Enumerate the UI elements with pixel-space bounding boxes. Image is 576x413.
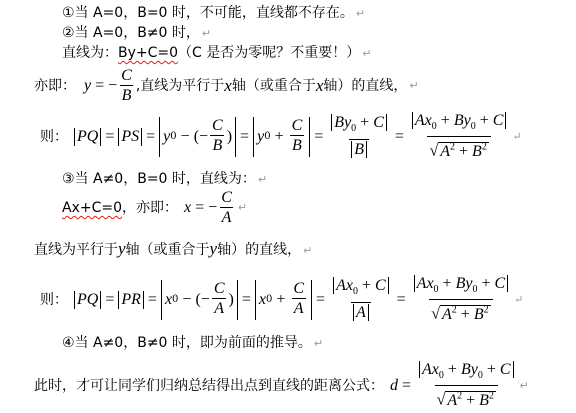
formula-y-eq: y = − C B xyxy=(84,67,136,106)
paragraph-mark-icon: ↵ xyxy=(356,7,365,20)
yiji-label: 亦即： xyxy=(34,77,76,95)
conclusion-line: 此时，才可让同学们归纳总结得出点到直线的距离公式： d = Ax0+By0+C … xyxy=(34,362,529,410)
paragraph-mark-icon: ↵ xyxy=(238,199,247,217)
line-prefix: 直线为： xyxy=(62,45,118,61)
case-3-line: ③当 A≠0，B=0 时，直线为：↵ xyxy=(62,170,267,189)
paragraph-mark-icon: ↵ xyxy=(314,337,323,350)
note: （C 是否为零呢？不重要！） xyxy=(178,45,360,61)
conclusion-text: 此时，才可让同学们归纳总结得出点到直线的距离公式： xyxy=(34,377,384,395)
equation-ax-c: Ax+C=0 xyxy=(62,199,122,217)
paragraph-mark-icon: ↵ xyxy=(303,244,312,257)
case-1-line: ①当 A=0，B=0 时，不可能，直线都不存在。↵ xyxy=(62,4,365,23)
case-3-parallel-line: 直线为平行于y轴（或重合于y轴）的直线，↵ xyxy=(34,240,312,260)
paragraph-mark-icon: ↵ xyxy=(520,377,529,395)
paragraph-mark-icon: ↵ xyxy=(512,128,521,146)
distance-formula-ps: PQ = PS = y0 − (− CB ) = y0 + CB = By0+C… xyxy=(74,112,510,162)
case-2-yiji-line: 亦即： y = − C B ,直线为平行于x轴（或重合于x轴）的直线，↵ xyxy=(34,66,419,106)
paragraph-mark-icon: ↵ xyxy=(514,291,523,309)
ze-label: 则： xyxy=(40,291,68,309)
fraction-c-over-b: C B xyxy=(119,67,134,106)
paragraph-mark-icon: ↵ xyxy=(409,77,418,95)
formula-x-eq: x = − CA xyxy=(184,189,236,228)
case-4-text: ④当 A≠0，B≠0 时，即为前面的推导。 xyxy=(62,335,312,351)
case-3-text: ③当 A≠0，B=0 时，直线为： xyxy=(62,171,256,187)
case-2-text: ②当 A=0，B≠0 时， xyxy=(62,25,200,41)
ze-label: 则： xyxy=(40,128,68,146)
paragraph-mark-icon: ↵ xyxy=(202,27,211,40)
distance-formula-final: d = Ax0+By0+C √A2+B2 xyxy=(390,361,518,411)
equation-by-c: By+C=0 xyxy=(118,45,178,61)
paragraph-mark-icon: ↵ xyxy=(362,47,371,60)
case-1-text: ①当 A=0，B=0 时，不可能，直线都不存在。 xyxy=(62,5,354,21)
case-4-line: ④当 A≠0，B≠0 时，即为前面的推导。↵ xyxy=(62,334,323,353)
distance-formula-pr: PQ = PR = x0 − (− CA ) = x0 + CA = Ax0+C… xyxy=(74,275,512,325)
paragraph-mark-icon: ↵ xyxy=(258,173,267,186)
case-2-line-equation: 直线为：By+C=0（C 是否为零呢？不重要！）↵ xyxy=(62,44,372,63)
formula-pr-line: 则： PQ = PR = x0 − (− CA ) = x0 + CA = Ax… xyxy=(40,275,523,325)
case-2-line: ②当 A=0，B≠0 时，↵ xyxy=(62,24,211,43)
formula-ps-line: 则： PQ = PS = y0 − (− CB ) = y0 + CB = By… xyxy=(40,112,522,162)
fraction-c-over-a: CA xyxy=(219,189,234,228)
case-3-equation-line: Ax+C=0，亦即： x = − CA ↵ xyxy=(62,188,247,228)
